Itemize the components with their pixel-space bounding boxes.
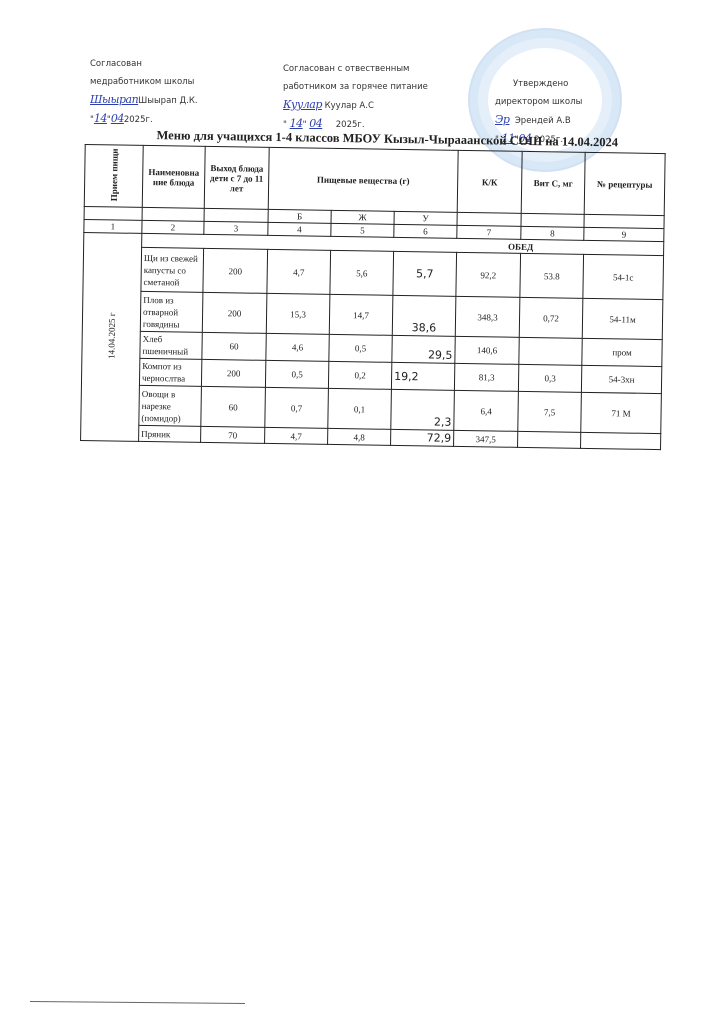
vitc: 0,72 — [519, 297, 583, 338]
kcal: 140,6 — [455, 336, 519, 364]
protein: 4,7 — [267, 249, 331, 294]
carbs: 2,3 — [391, 389, 455, 430]
recipe: 54-3хн — [581, 365, 661, 393]
subheader-fat: Ж — [331, 210, 394, 224]
menu-document: Меню для учащихся 1-4 классов МБОУ Кызыл… — [80, 127, 665, 450]
column-number: 1 — [84, 219, 142, 233]
subheader-carbs: У — [394, 211, 457, 225]
recipe: 71 М — [581, 392, 662, 433]
dish-name: Пряник — [139, 425, 201, 442]
recipe: пром — [582, 338, 662, 366]
recipe: 54-1с — [583, 254, 664, 299]
fat: 0,2 — [328, 361, 391, 389]
protein: 0,5 — [265, 360, 328, 388]
vitc: 0,3 — [518, 364, 581, 392]
dish-name: Хлеб пшеничный — [140, 331, 202, 359]
signature: Эр — [495, 113, 509, 126]
recipe — [581, 432, 661, 449]
fat: 0,5 — [329, 334, 392, 362]
protein: 15,3 — [266, 293, 330, 334]
kcal: 347,5 — [454, 430, 518, 447]
vitc — [519, 337, 582, 365]
date-year: 2025г. — [336, 120, 365, 130]
fat: 14,7 — [329, 294, 393, 335]
carbs: 19,2 — [391, 362, 454, 390]
dish-name: Овощи в нарезке (помидор) — [139, 385, 202, 426]
date-month: 04 — [309, 117, 322, 130]
signer-name: Куулар А.С — [325, 101, 374, 111]
carbs: 38,6 — [392, 295, 456, 336]
dish-name: Компот из чернослтва — [139, 358, 201, 386]
date-cell: 14.04.2025 г — [81, 232, 142, 441]
menu-table: Прием пищи Наименовна ние блюда Выход бл… — [80, 144, 666, 450]
medical-approval: Согласован медработником школы ШыырапШыы… — [90, 55, 198, 129]
protein: 4,7 — [265, 427, 328, 444]
header-recipe: № рецептуры — [584, 152, 665, 215]
date-day: 14 — [290, 117, 303, 130]
meal-date: 14.04.2025 г — [106, 313, 117, 360]
column-number: 4 — [268, 222, 331, 236]
signature: Куулар — [283, 98, 322, 111]
signer-name: Эрендей А.В — [515, 116, 571, 126]
vitc — [518, 431, 581, 448]
dish-name: Плов из отварной говядины — [140, 291, 203, 332]
vitc: 7,5 — [518, 391, 582, 432]
vitc: 53.8 — [520, 253, 584, 298]
portion: 60 — [202, 332, 266, 360]
portion: 200 — [201, 359, 265, 387]
date-year: 2025г. — [124, 115, 153, 125]
signature-line: ШыырапШыырап Д.К. — [90, 91, 198, 110]
portion: 70 — [201, 426, 265, 443]
column-number: 9 — [584, 227, 664, 241]
kcal: 92,2 — [456, 252, 521, 297]
column-number: 3 — [204, 221, 268, 235]
portion: 60 — [201, 386, 266, 427]
kcal: 6,4 — [454, 390, 519, 431]
subheader-protein: Б — [268, 209, 331, 223]
date-day: 14 — [94, 112, 107, 125]
fat: 0,1 — [328, 388, 392, 429]
date-month: 04 — [111, 112, 124, 125]
header-vitc: Вит С, мг — [521, 151, 585, 214]
header-nutrients: Пищевые вещества (г) — [268, 147, 458, 212]
header-meal: Прием пищи — [84, 145, 143, 208]
protein: 0,7 — [265, 387, 329, 428]
kcal: 348,3 — [455, 296, 520, 337]
header-kcal: К/К — [457, 150, 522, 213]
scan-edge-line — [30, 1001, 245, 1004]
protein: 4,6 — [266, 333, 329, 361]
kcal: 81,3 — [454, 363, 518, 391]
header-row: Прием пищи Наименовна ние блюда Выход бл… — [84, 145, 665, 216]
portion: 200 — [203, 248, 268, 293]
approval-label: Утверждено — [495, 75, 582, 93]
column-number: 5 — [331, 223, 394, 237]
header-dish: Наименовна ние блюда — [142, 145, 205, 208]
signature-line: Куулар Куулар А.С — [283, 96, 428, 115]
signer-name: Шыырап Д.К. — [138, 96, 197, 106]
signature: Шыырап — [90, 93, 138, 106]
column-number: 8 — [521, 226, 584, 240]
fat: 4,8 — [328, 428, 391, 445]
approval-role: медработником школы — [90, 73, 198, 91]
header-portion: Выход блюда дети с 7 до 11 лет — [204, 146, 269, 209]
carbs: 29,5 — [392, 335, 455, 363]
approval-date: "14"042025г. — [90, 110, 198, 129]
signature-line: Эр Эрендей А.В — [495, 111, 582, 130]
approval-label: Согласован — [90, 55, 198, 73]
approval-label: Согласован с отвественным — [283, 60, 428, 78]
column-number: 2 — [142, 220, 204, 234]
recipe: 54-11м — [582, 298, 663, 339]
approval-role: директором школы — [495, 93, 582, 111]
fat: 5,6 — [330, 250, 394, 295]
column-number: 7 — [457, 225, 521, 239]
carbs: 5,7 — [393, 251, 457, 296]
portion: 200 — [202, 292, 267, 333]
food-approval: Согласован с отвественным работником за … — [283, 60, 428, 134]
approval-role: работником за горячее питание — [283, 78, 428, 96]
column-number: 6 — [394, 224, 457, 238]
dish-name: Щи из свежей капусты со сметаной — [141, 247, 204, 292]
carbs: 72,9 — [391, 429, 454, 446]
